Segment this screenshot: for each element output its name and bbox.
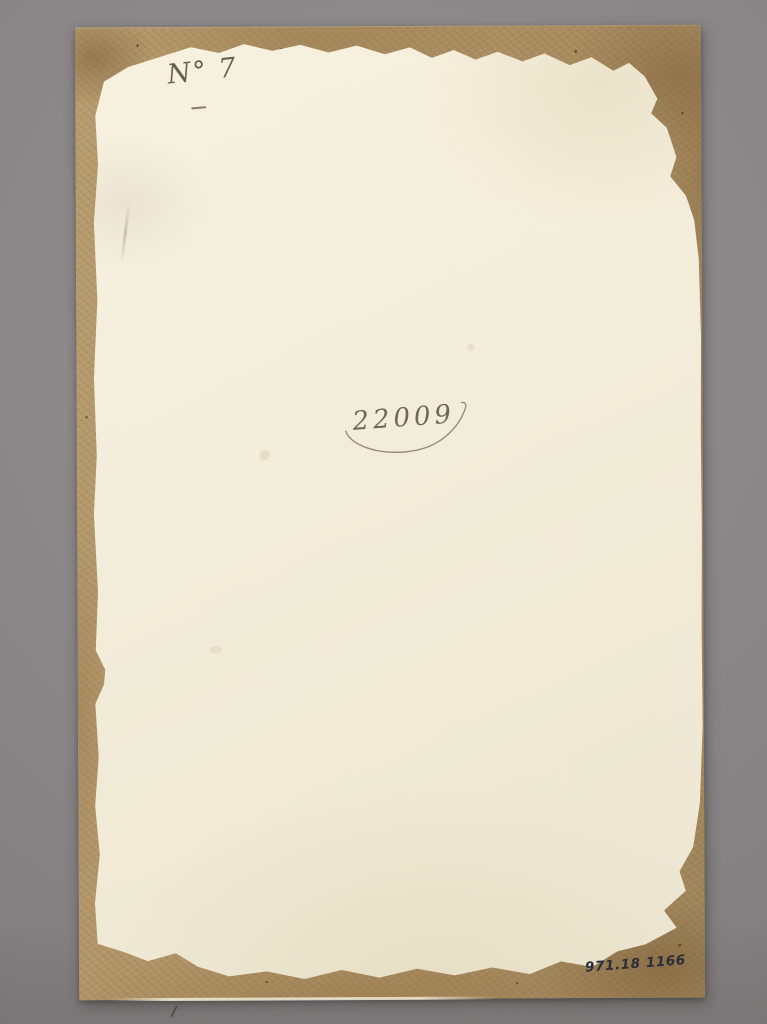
mounted-cardboard: N° 7 22009 971.18 1166 <box>75 25 705 1001</box>
backdrop-scratch-mark <box>170 1005 178 1017</box>
paper-sheet-verso <box>75 26 705 1001</box>
pencil-smudge <box>120 202 130 264</box>
inscription-collection-number: 22009 <box>350 399 456 437</box>
inscription-collection-number-group: 22009 <box>338 395 474 460</box>
board-bottom-edge-highlight <box>110 997 498 1002</box>
photo-backdrop: N° 7 22009 971.18 1166 <box>0 0 767 1024</box>
